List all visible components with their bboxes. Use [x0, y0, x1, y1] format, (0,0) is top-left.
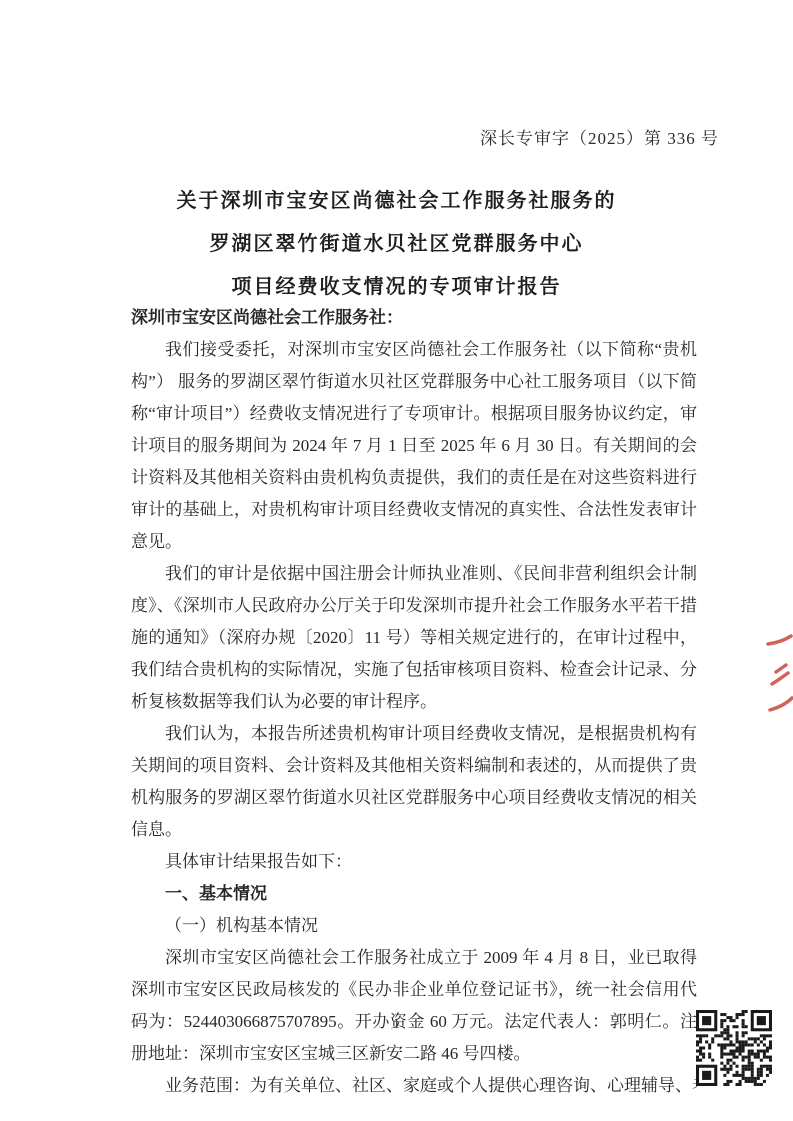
page-number: 1 [0, 1016, 793, 1033]
document-ref-number: 深长专审字（2025）第 336 号 [480, 124, 719, 149]
red-seal-fragment [760, 610, 793, 755]
title-line-2: 罗湖区翠竹街道水贝社区党群服务中心 [0, 223, 793, 266]
paragraph-closing-intro: 具体审计结果报告如下： [131, 846, 697, 878]
paragraph-opinion: 我们认为，本报告所述贵机构审计项目经费收支情况，是根据贵机构有关期间的项目资料、… [131, 718, 697, 846]
section-subheading-org-info: （一）机构基本情况 [131, 910, 697, 942]
paragraph-org-registration: 深圳市宝安区尚德社会工作服务社成立于 2009 年 4 月 8 日，业已取得深圳… [131, 942, 697, 1070]
section-heading-basic-info: 一、基本情况 [131, 878, 697, 910]
paragraph-engagement: 我们接受委托，对深圳市宝安区尚德社会工作服务社（以下简称“贵机构”） 服务的罗湖… [131, 334, 697, 558]
document-page: 深长专审字（2025）第 336 号 关于深圳市宝安区尚德社会工作服务社服务的 … [0, 0, 793, 1121]
paragraph-audit-basis: 我们的审计是依据中国注册会计师执业准则、《民间非营利组织会计制度》、《深圳市人民… [131, 558, 697, 718]
document-body: 深圳市宝安区尚德社会工作服务社： 我们接受委托，对深圳市宝安区尚德社会工作服务社… [131, 302, 697, 1102]
document-title: 关于深圳市宝安区尚德社会工作服务社服务的 罗湖区翠竹街道水贝社区党群服务中心 项… [0, 180, 793, 309]
title-line-1: 关于深圳市宝安区尚德社会工作服务社服务的 [0, 180, 793, 223]
qr-code [696, 1010, 772, 1086]
paragraph-business-scope-clipped: 业务范围：为有关单位、社区、家庭或个人提供心理咨询、心理辅导、老年人康 [131, 1070, 697, 1102]
salutation: 深圳市宝安区尚德社会工作服务社： [131, 302, 697, 334]
